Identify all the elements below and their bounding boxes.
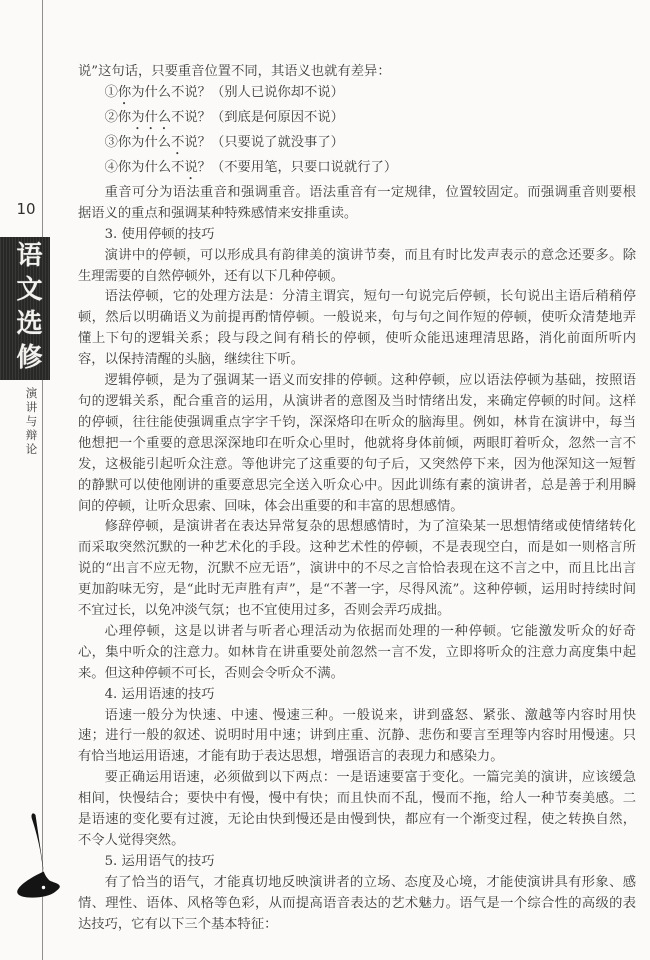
emphasis-dots: 不 xyxy=(171,135,184,150)
scanned-book-page: { "colors": { "paper": "#fbfaf8", "ink":… xyxy=(0,0,650,960)
text-paragraph: 语法停顿，它的处理方法是：分清主谓宾，短句一句说完后停顿，长句说出主语后稍稍停顿… xyxy=(78,287,636,371)
numbered-example-line: ②你为什么不说？（到底是何原因不说） xyxy=(78,108,636,133)
text-paragraph: 说”这句话，只要重音位置不同，其语义也就有差异： xyxy=(78,62,636,83)
text-paragraph: 有了恰当的语气，才能真切地反映演讲者的立场、态度及心境，才能使演讲具有形象、感情… xyxy=(78,873,636,936)
numbered-example-line: ④你为什么不说？（不要用笔，只要口说就行了） xyxy=(78,158,636,183)
text-paragraph: 心理停顿，这是以讲者与听者心理活动为依据而处理的一种停顿。它能激发听众的好奇心，… xyxy=(78,622,636,685)
ink-blot-graphic xyxy=(0,800,75,920)
text-paragraph: 要正确运用语速，必须做到以下两点：一是语速要富于变化。一篇完美的演讲，应该缓急相… xyxy=(78,768,636,852)
emphasis-dots: 你 xyxy=(118,85,131,100)
emphasis-dots: 说 xyxy=(184,160,197,175)
numbered-example-line: ①你为什么不说？（别人已说你却不说） xyxy=(78,83,636,108)
section-heading: 5. 运用语气的技巧 xyxy=(78,852,636,873)
page-content: 说”这句话，只要重音位置不同，其语义也就有差异：①你为什么不说？（别人已说你却不… xyxy=(78,62,636,936)
text-paragraph: 重音可分为语法重音和强调重音。语法重音有一定规律，位置较固定。而强调重音则要根据… xyxy=(78,183,636,225)
text-paragraph: 语速一般分为快速、中速、慢速三种。一般说来，讲到盛怒、紧张、激越等内容时用快速；… xyxy=(78,706,636,769)
text-paragraph: 演讲中的停顿，可以形成具有韵律美的演讲节奏，而且有时比发声表示的意念还要多。除生… xyxy=(78,246,636,288)
page-number: 10 xyxy=(15,200,37,218)
section-heading: 4. 运用语速的技巧 xyxy=(78,685,636,706)
series-title-vertical: 语文选修 xyxy=(14,241,40,377)
emphasis-dots: 为什么 xyxy=(131,110,171,125)
text-paragraph: 修辞停顿，是演讲者在表达异常复杂的思想感情时，为了渲染某一思想情绪或使情绪转化而… xyxy=(78,517,636,622)
section-heading: 3. 使用停顿的技巧 xyxy=(78,225,636,246)
text-paragraph: 逻辑停顿，是为了强调某一语义而安排的停顿。这种停顿，应以语法停顿为基础，按照语句… xyxy=(78,371,636,517)
volume-title-vertical: 演讲与辩论 xyxy=(25,387,37,457)
numbered-example-line: ③你为什么不说？（只要说了就没事了） xyxy=(78,133,636,158)
series-title-box: 语文选修 xyxy=(0,237,50,380)
